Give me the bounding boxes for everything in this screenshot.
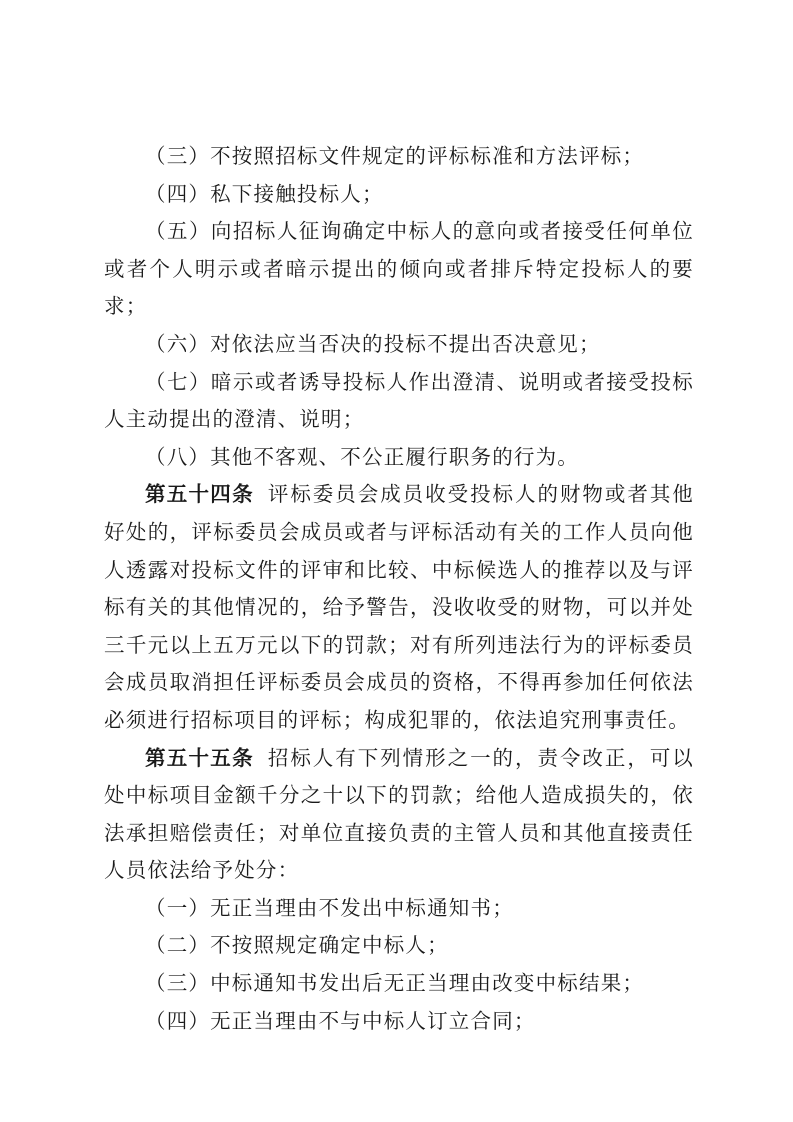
article-54: 第五十四条评标委员会成员收受投标人的财物或者其他好处的，评标委员会成员或者与评标… xyxy=(104,476,694,739)
list-item-3b: （三）中标通知书发出后无正当理由改变中标结果； xyxy=(104,965,694,1003)
list-item-7: （七）暗示或者诱导投标人作出澄清、说明或者接受投标人主动提出的澄清、说明； xyxy=(104,364,694,439)
list-item-5: （五）向招标人征询确定中标人的意向或者接受任何单位或者个人明示或者暗示提出的倾向… xyxy=(104,213,694,326)
document-page: （三）不按照招标文件规定的评标标准和方法评标； （四）私下接触投标人； （五）向… xyxy=(104,138,694,1040)
list-item-4b: （四）无正当理由不与中标人订立合同； xyxy=(104,1003,694,1041)
list-item-6: （六）对依法应当否决的投标不提出否决意见； xyxy=(104,326,694,364)
list-item-3: （三）不按照招标文件规定的评标标准和方法评标； xyxy=(104,138,694,176)
article-body: 评标委员会成员收受投标人的财物或者其他好处的，评标委员会成员或者与评标活动有关的… xyxy=(104,482,694,732)
list-item-8: （八）其他不客观、不公正履行职务的行为。 xyxy=(104,439,694,477)
list-item-4: （四）私下接触投标人； xyxy=(104,176,694,214)
list-item-2: （二）不按照规定确定中标人； xyxy=(104,927,694,965)
article-55: 第五十五条招标人有下列情形之一的，责令改正，可以处中标项目金额千分之十以下的罚款… xyxy=(104,740,694,890)
list-item-1: （一）无正当理由不发出中标通知书； xyxy=(104,890,694,928)
article-number: 第五十五条 xyxy=(145,746,254,770)
article-number: 第五十四条 xyxy=(145,482,254,506)
